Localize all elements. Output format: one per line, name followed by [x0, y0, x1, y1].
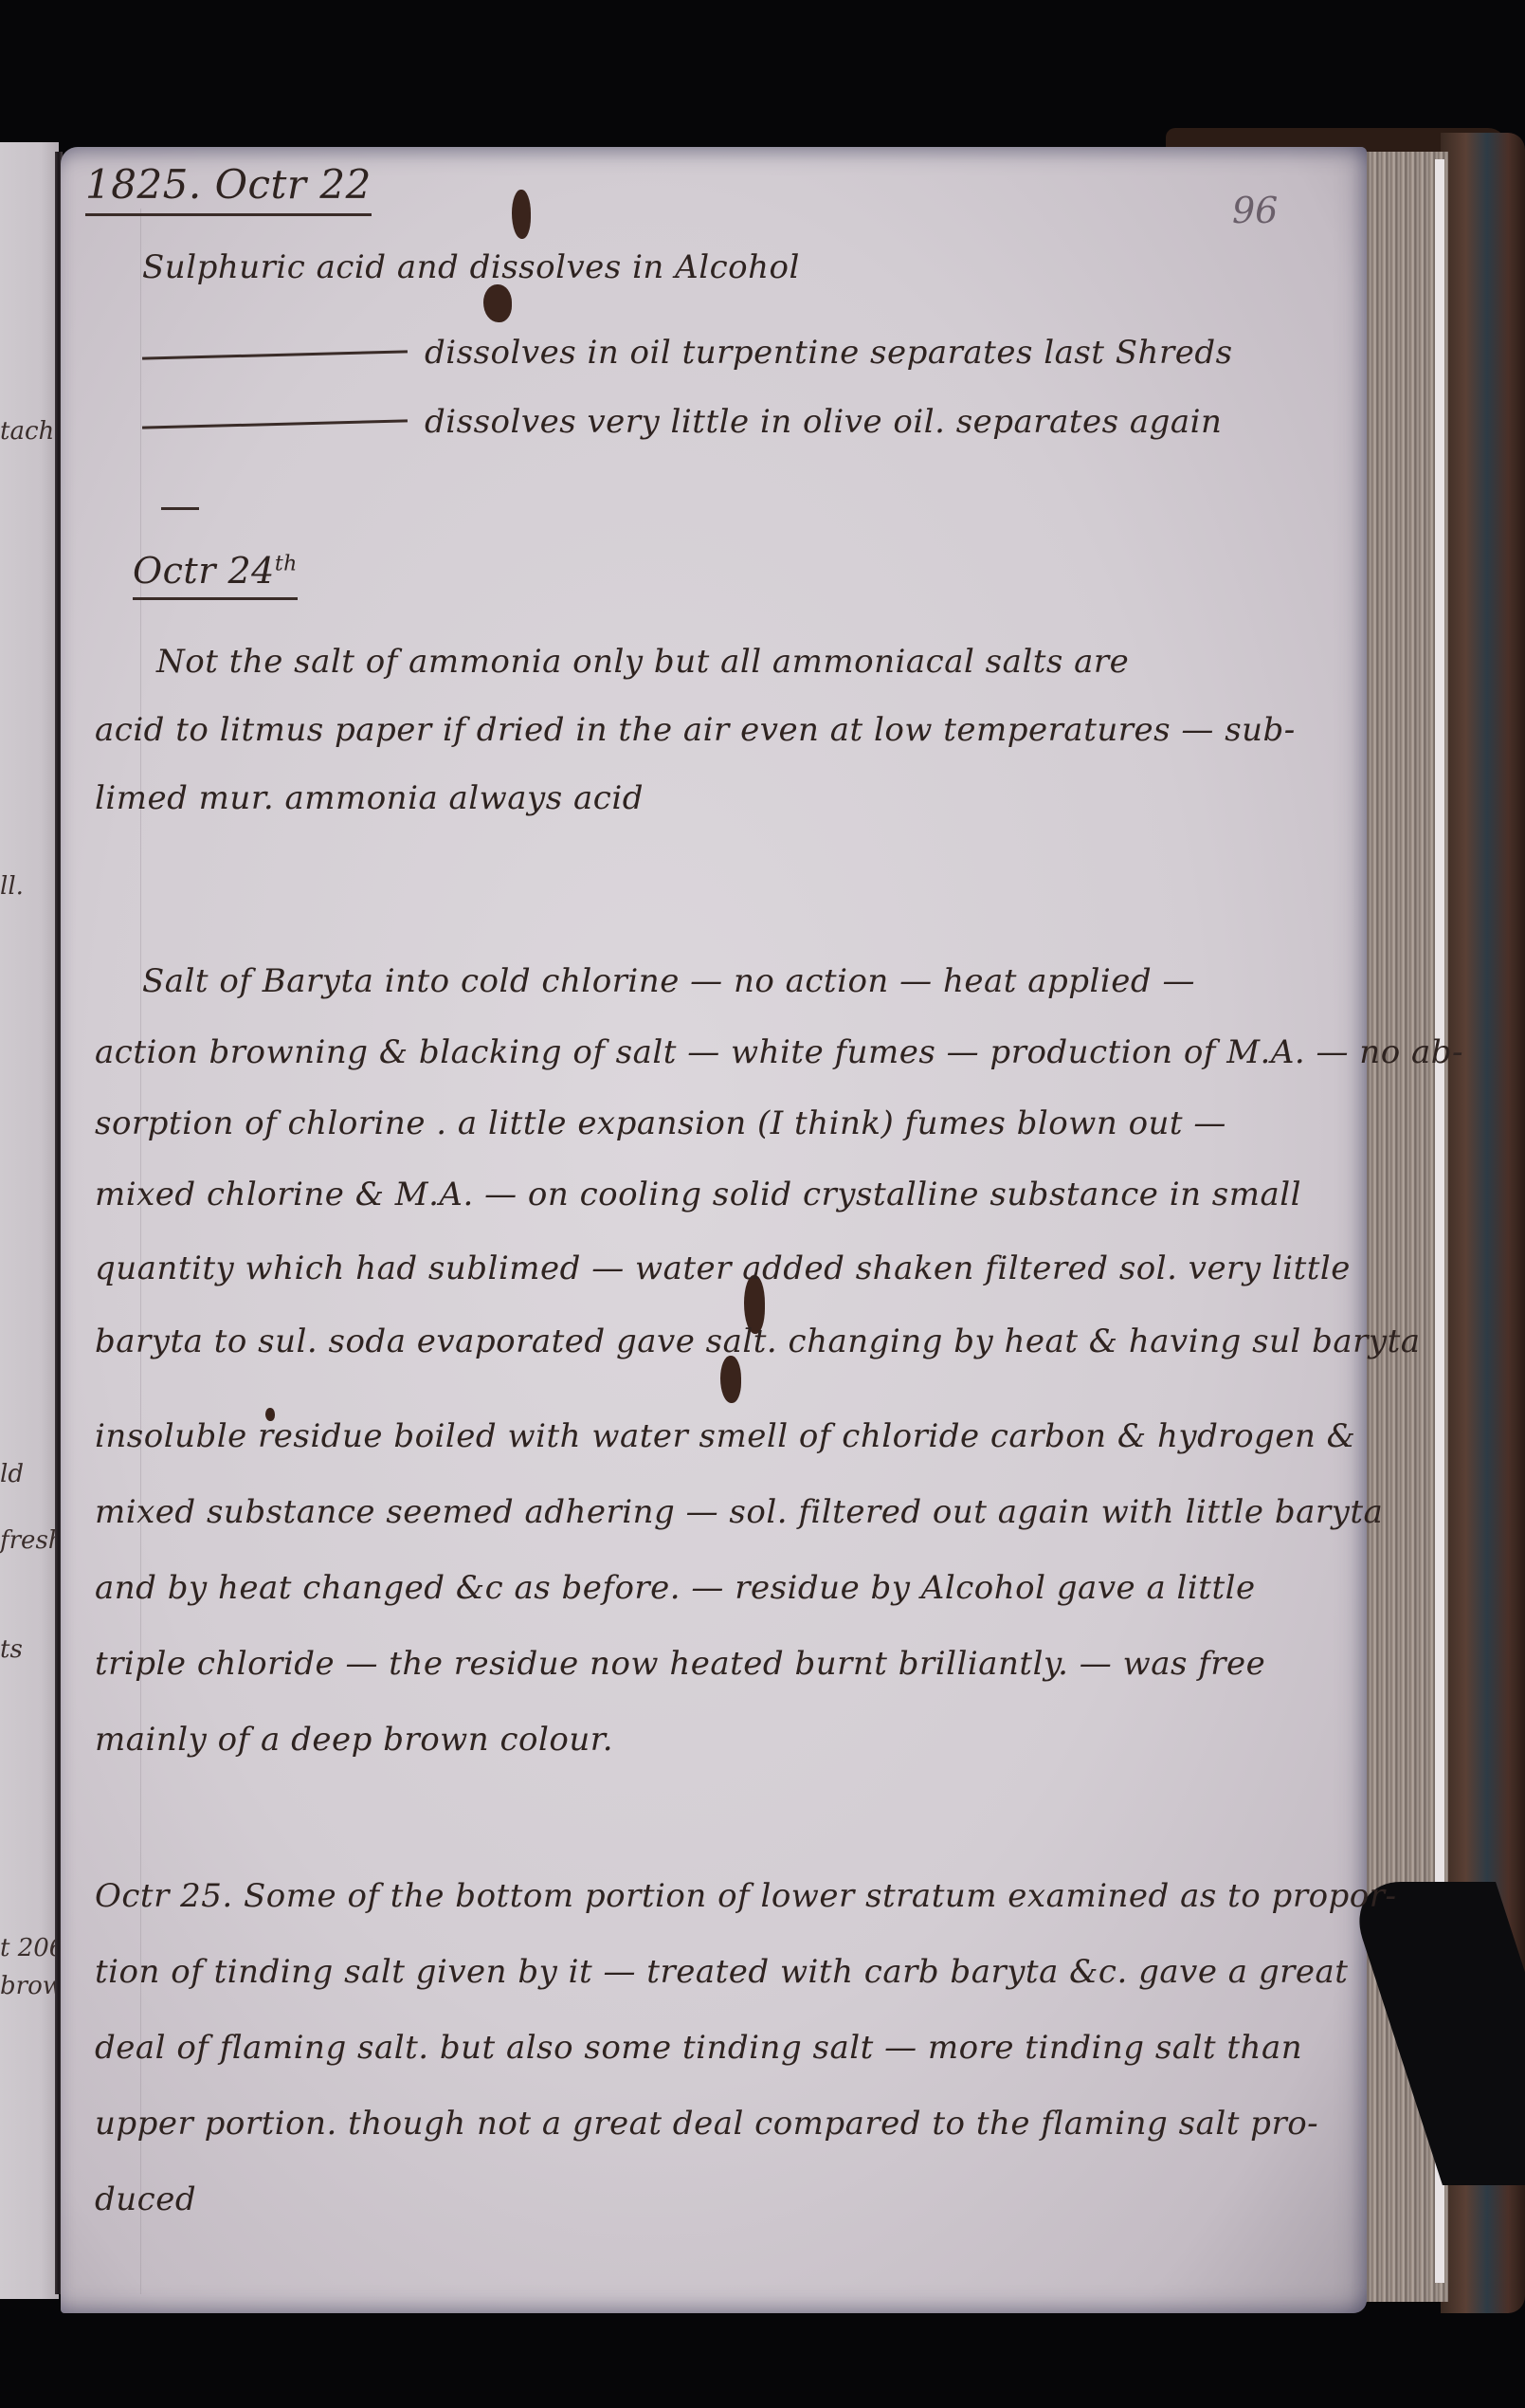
- entry-line: duced: [95, 2180, 196, 2218]
- entry-line: triple chloride — the residue now heated…: [95, 1645, 1265, 1683]
- ink-blot: [720, 1356, 741, 1403]
- entry-line: tion of tinding salt given by it — treat…: [95, 1953, 1348, 1991]
- entry-line-continued: dissolves in oil turpentine separates la…: [142, 334, 1233, 372]
- entry-line: sorption of chlorine . a little expansio…: [95, 1104, 1226, 1142]
- left-page-strip: tach ll. ld fresh ts t 2065 brown: [0, 142, 59, 2299]
- entry-line: action browning & blacking of salt — whi…: [95, 1033, 1463, 1071]
- left-fragment: tach: [0, 417, 55, 446]
- entry-line: insoluble residue boiled with water smel…: [95, 1417, 1355, 1455]
- entry-line: mixed chlorine & M.A. — on cooling solid…: [95, 1176, 1301, 1213]
- left-fragment: brown: [0, 1972, 55, 2000]
- left-fragment: t 2065: [0, 1934, 55, 1962]
- entry-line: Not the salt of ammonia only but all amm…: [156, 643, 1129, 681]
- entry-line: limed mur. ammonia always acid: [95, 779, 644, 817]
- entry-date-header: 1825. Octr 22: [85, 161, 372, 216]
- date-suffix: th: [275, 552, 298, 575]
- ditto-dash: [142, 350, 408, 359]
- entry-line: deal of flaming salt. but also some tind…: [95, 2029, 1302, 2067]
- ditto-dash: [142, 419, 408, 429]
- entry-line-text: dissolves in oil turpentine separates la…: [425, 334, 1233, 372]
- photo-background: tach ll. ld fresh ts t 2065 brown 96 182…: [0, 0, 1525, 2408]
- entry-line-text: dissolves very little in olive oil. sepa…: [425, 403, 1222, 441]
- page-number: 96: [1232, 190, 1278, 231]
- entry-line: baryta to sul. soda evaporated gave salt…: [95, 1323, 1421, 1360]
- entry-line: Octr 25. Some of the bottom portion of l…: [95, 1877, 1397, 1915]
- entry-line: Sulphuric acid and dissolves in Alcohol: [142, 248, 800, 286]
- left-fragment: ld: [0, 1460, 55, 1488]
- entry-line: Salt of Baryta into cold chlorine — no a…: [142, 962, 1195, 1000]
- left-fragment: ll.: [0, 872, 55, 901]
- short-rule: [161, 507, 199, 510]
- entry-line: mainly of a deep brown colour.: [95, 1721, 613, 1759]
- entry-line: quantity which had sublimed — water adde…: [95, 1250, 1351, 1287]
- left-fragment: fresh: [0, 1526, 55, 1555]
- entry-line: and by heat changed &c as before. — resi…: [95, 1569, 1256, 1607]
- entry-date-header: Octr 24th: [133, 550, 298, 600]
- ink-blot: [512, 190, 531, 239]
- left-fragment: ts: [0, 1635, 55, 1664]
- ink-blot: [483, 284, 512, 322]
- entry-line-continued: dissolves very little in olive oil. sepa…: [142, 403, 1222, 441]
- entry-line: acid to litmus paper if dried in the air…: [95, 711, 1296, 749]
- entry-line: upper portion. though not a great deal c…: [95, 2105, 1318, 2143]
- entry-line: mixed substance seemed adhering — sol. f…: [95, 1493, 1383, 1531]
- entry-date: Octr 24: [133, 550, 275, 592]
